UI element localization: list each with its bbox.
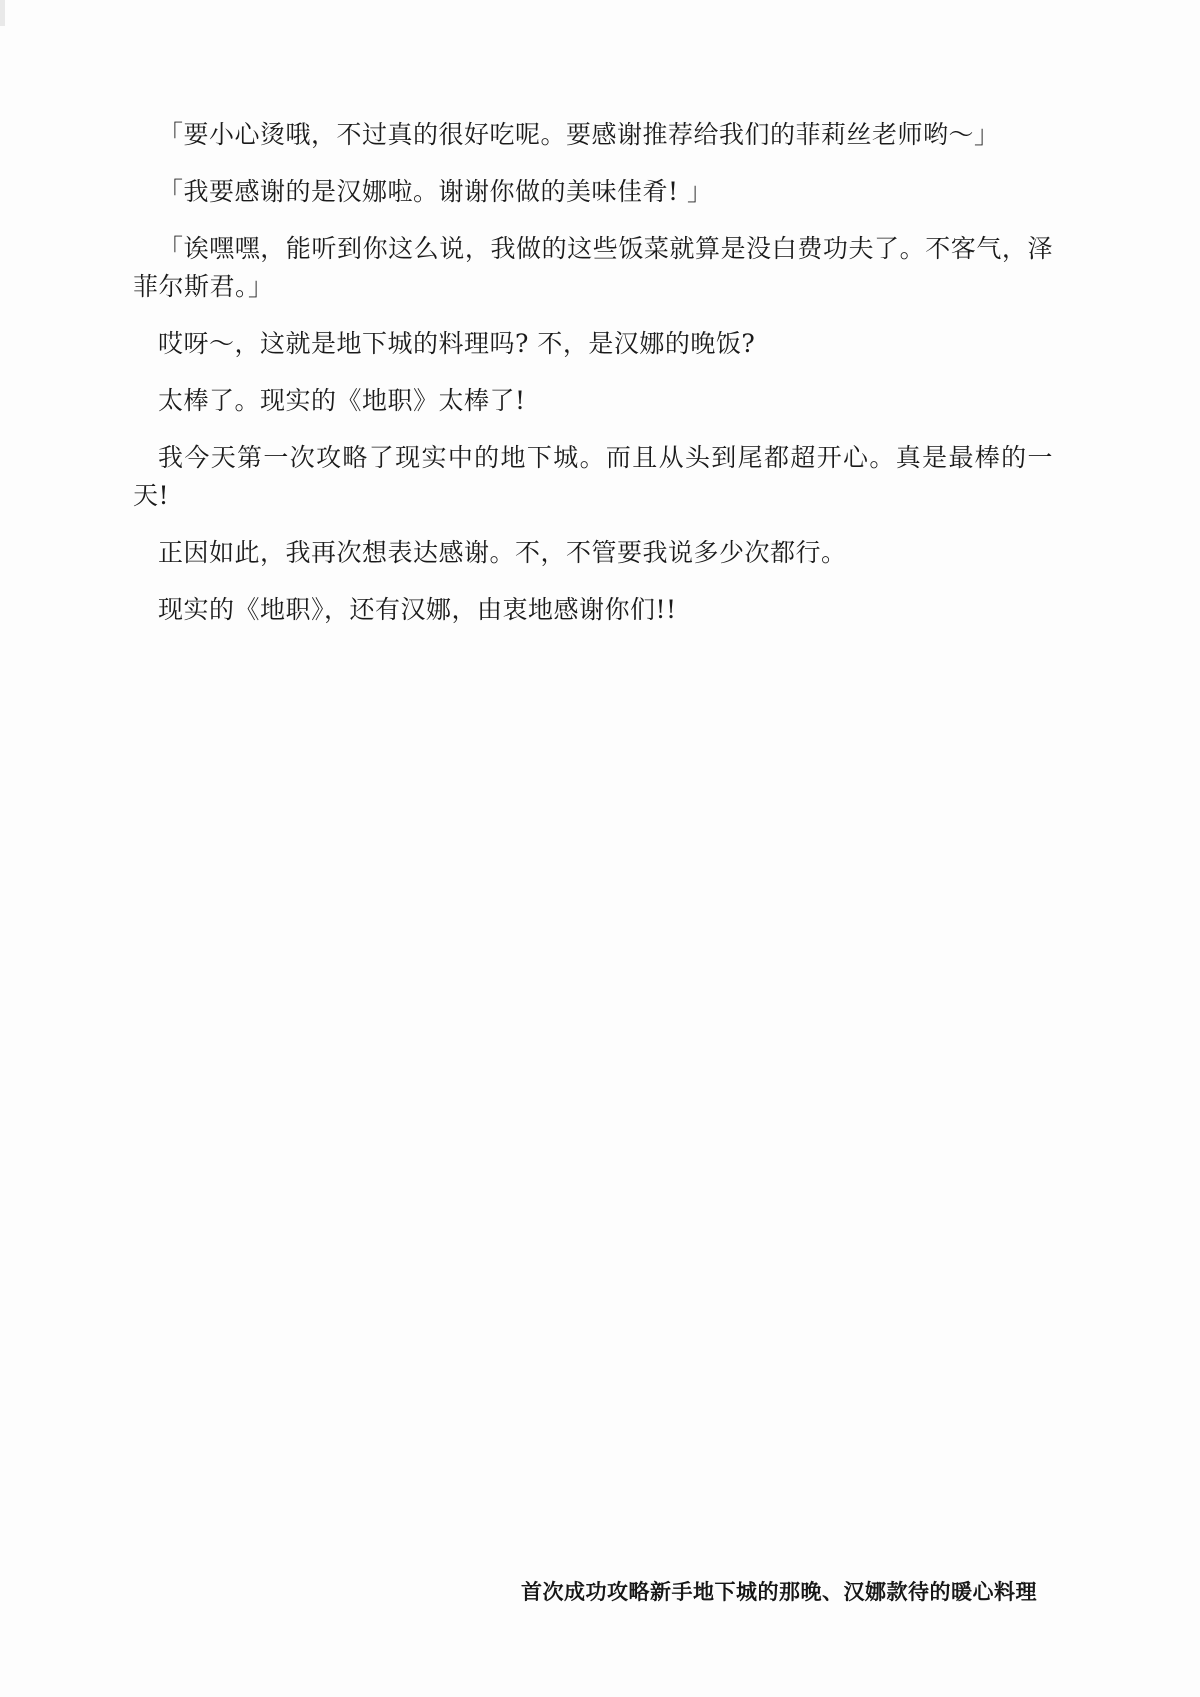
chapter-running-title: 首次成功攻略新手地下城的那晚、汉娜款待的暖心料理 bbox=[521, 1576, 1037, 1606]
scan-edge-artifact bbox=[0, 0, 5, 26]
book-page: 「要小心烫哦，不过真的很好吃呢。要感谢推荐给我们的菲莉丝老师哟～」 「我要感谢的… bbox=[0, 0, 1200, 1697]
page-body-text: 「要小心烫哦，不过真的很好吃呢。要感谢推荐给我们的菲莉丝老师哟～」 「我要感谢的… bbox=[133, 116, 1053, 648]
paragraph-narration-3: 我今天第一次攻略了现实中的地下城。而且从头到尾都超开心。真是最棒的一天! bbox=[133, 439, 1053, 515]
paragraph-narration-4: 正因如此，我再次想表达感谢。不，不管要我说多少次都行。 bbox=[133, 534, 1053, 572]
paragraph-dialogue-3: 「诶嘿嘿，能听到你这么说，我做的这些饭菜就算是没白费功夫了。不客气，泽菲尔斯君。… bbox=[133, 230, 1053, 306]
paragraph-narration-1: 哎呀～，这就是地下城的料理吗? 不，是汉娜的晚饭? bbox=[133, 325, 1053, 363]
paragraph-narration-5: 现实的《地职》，还有汉娜，由衷地感谢你们!! bbox=[133, 591, 1053, 629]
paragraph-dialogue-2: 「我要感谢的是汉娜啦。谢谢你做的美味佳肴! 」 bbox=[133, 173, 1053, 211]
paragraph-dialogue-1: 「要小心烫哦，不过真的很好吃呢。要感谢推荐给我们的菲莉丝老师哟～」 bbox=[133, 116, 1053, 154]
paragraph-narration-2: 太棒了。现实的《地职》太棒了! bbox=[133, 382, 1053, 420]
